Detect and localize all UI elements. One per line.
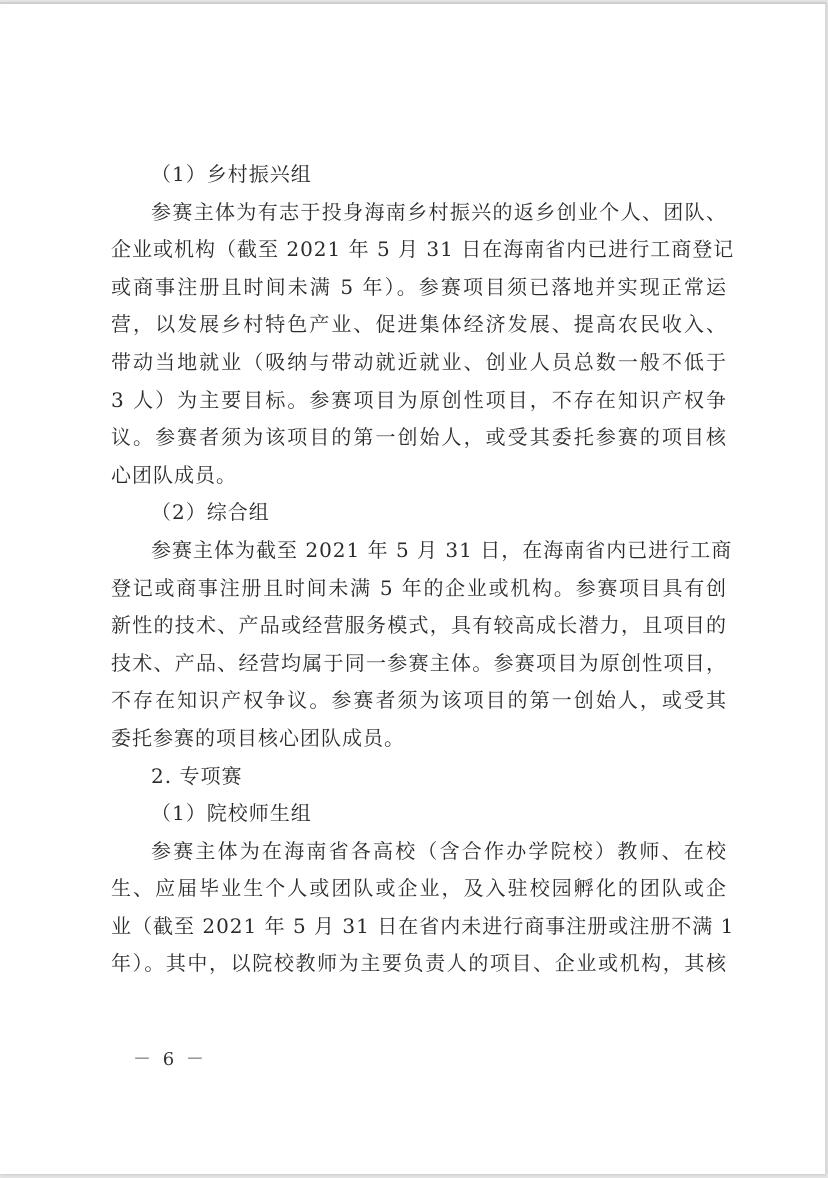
page-number: － 6 －	[133, 1045, 207, 1071]
paragraph-line: 业（截至 2021 年 5 月 31 日在省内未进行商事注册或注册不满 1	[111, 908, 727, 946]
paragraph-line: 生、应届毕业生个人或团队或企业，及入驻校园孵化的团队或企	[111, 870, 727, 908]
section-heading-rural-revitalization: （1）乡村振兴组	[111, 156, 727, 194]
paragraph-line: 议。参赛者须为该项目的第一创始人，或受其委托参赛的项目核	[111, 419, 727, 457]
document-body: （1）乡村振兴组 参赛主体为有志于投身海南乡村振兴的返乡创业个人、团队、 企业或…	[111, 156, 727, 983]
paragraph-line: 带动当地就业（吸纳与带动就近就业、创业人员总数一般不低于	[111, 344, 727, 382]
paragraph-line: 心团队成员。	[111, 457, 727, 495]
section-heading-comprehensive: （2）综合组	[111, 494, 727, 532]
paragraph-line: 参赛主体为截至 2021 年 5 月 31 日，在海南省内已进行工商	[111, 532, 727, 570]
paragraph-line: 参赛主体为在海南省各高校（含合作办学院校）教师、在校	[111, 833, 727, 871]
paragraph-line: 委托参赛的项目核心团队成员。	[111, 720, 727, 758]
section-heading-college-teachers-students: （1）院校师生组	[111, 795, 727, 833]
paragraph-line: 企业或机构（截至 2021 年 5 月 31 日在海南省内已进行工商登记	[111, 231, 727, 269]
document-page: （1）乡村振兴组 参赛主体为有志于投身海南乡村振兴的返乡创业个人、团队、 企业或…	[0, 2, 827, 1174]
section-heading-special-competition: 2. 专项赛	[111, 758, 727, 796]
paragraph-line: 或商事注册且时间未满 5 年）。参赛项目须已落地并实现正常运	[111, 269, 727, 307]
paragraph-line: 营，以发展乡村特色产业、促进集体经济发展、提高农民收入、	[111, 306, 727, 344]
paragraph-line: 技术、产品、经营均属于同一参赛主体。参赛项目为原创性项目，	[111, 645, 727, 683]
paragraph-line: 参赛主体为有志于投身海南乡村振兴的返乡创业个人、团队、	[111, 194, 727, 232]
paragraph-line: 登记或商事注册且时间未满 5 年的企业或机构。参赛项目具有创	[111, 570, 727, 608]
paragraph-line: 3 人）为主要目标。参赛项目为原创性项目，不存在知识产权争	[111, 382, 727, 420]
paragraph-line: 不存在知识产权争议。参赛者须为该项目的第一创始人，或受其	[111, 682, 727, 720]
paragraph-line: 年）。其中，以院校教师为主要负责人的项目、企业或机构，其核	[111, 945, 727, 983]
paragraph-line: 新性的技术、产品或经营服务模式，具有较高成长潜力，且项目的	[111, 607, 727, 645]
